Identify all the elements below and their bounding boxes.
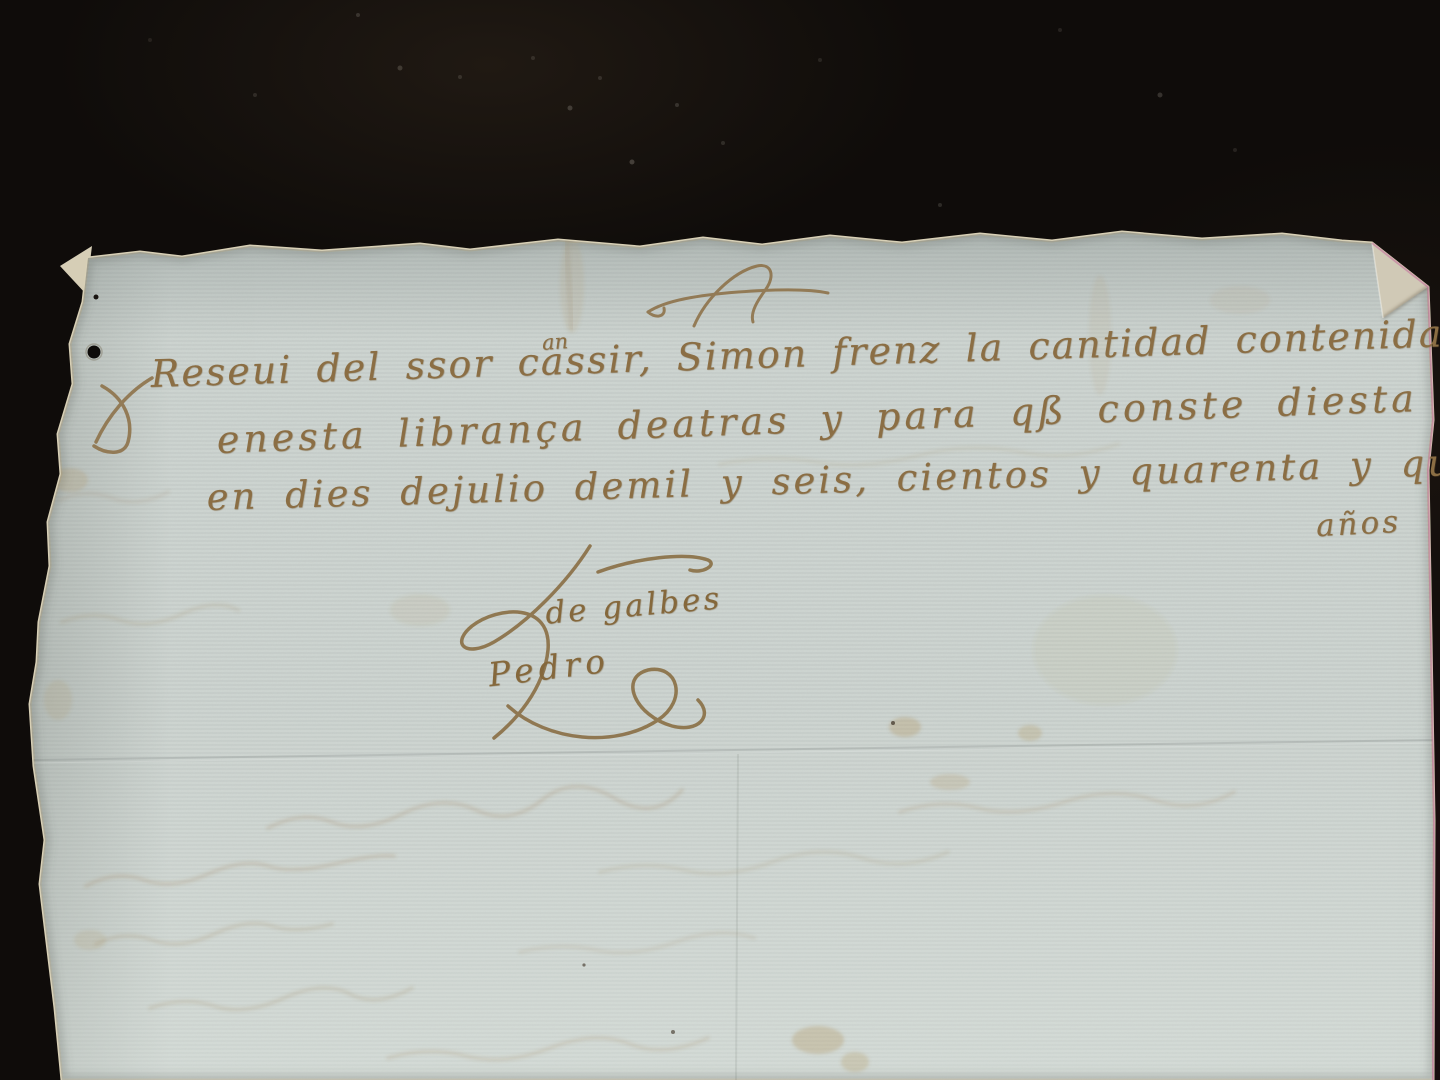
paper-sheet-graphic — [0, 0, 1440, 1080]
dust-specks — [148, 13, 1237, 207]
paper-texture — [20, 220, 1440, 1080]
photograph-of-manuscript: an Reseui del ssor cassir, Simon frenz l… — [0, 0, 1440, 1080]
